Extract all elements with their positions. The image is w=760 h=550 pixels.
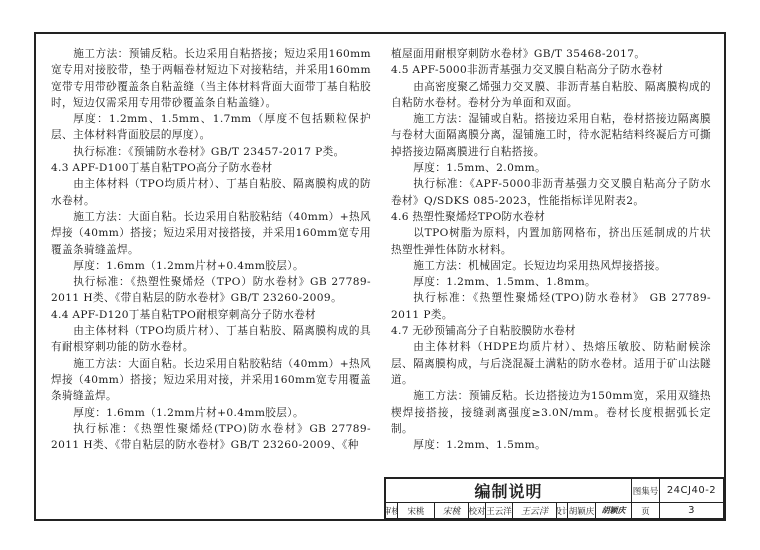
designer-signature: 胡颖庆 [596, 503, 632, 519]
checker-label: 校对 [469, 503, 486, 519]
paragraph: 由主体材料（HDPE均质片材）、热熔压敏胶、防粘耐候涂层、隔离膜构成，与后浇混凝… [391, 339, 711, 388]
paragraph: 施工方法：湿铺或自粘。搭接边采用自粘，卷材搭接边隔离膜与卷材大面隔离膜分离，湿铺… [391, 111, 711, 160]
reviewer-label: 审核 [386, 503, 398, 519]
paragraph: 执行标准：《热塑性聚烯烃(TPO)防水卷材》GB 27789-2011 H类、《… [51, 421, 371, 454]
reviewer-signature: 宋桃 [435, 503, 469, 519]
paragraph: 施工方法：大面自粘。长边采用自粘胶粘结（40mm）+热风焊接（40mm）搭接；短… [51, 209, 371, 258]
paragraph: 厚度：1.2mm、1.5mm、1.8mm。 [391, 274, 711, 290]
section-heading-4-5: 4.5 APF-5000非沥青基强力交叉膜自粘高分子防水卷材 [391, 62, 711, 78]
section-heading-4-4: 4.4 APF-D120丁基自粘TPO耐根穿刺高分子防水卷材 [51, 307, 371, 323]
paragraph: 执行标准：《APF-5000非沥青基强力交叉膜自粘高分子防水卷材》Q/SDKS … [391, 176, 711, 209]
paragraph: 施工方法：预铺反粘。长边搭接边为150mm宽，采用双缝热楔焊接搭接，接缝剥离强度… [391, 388, 711, 437]
left-text-column: 施工方法：预铺反粘。长边采用自粘搭接；短边采用160mm宽专用对接胶带，垫于两幅… [51, 46, 371, 453]
reviewer-name: 宋桃 [398, 503, 435, 519]
paragraph: 执行标准：《预铺防水卷材》GB/T 23457-2017 P类。 [51, 144, 371, 160]
paragraph: 施工方法：大面自粘。长边采用自粘胶粘结（40mm）+热风焊接（40mm）搭接；短… [51, 356, 371, 405]
checker-name: 王云洋 [486, 503, 513, 519]
paragraph: 由主体材料（TPO均质片材）、丁基自粘胶、隔离膜构成的具有耐根穿刺功能的防水卷材… [51, 323, 371, 356]
paragraph: 施工方法：预铺反粘。长边采用自粘搭接；短边采用160mm宽专用对接胶带，垫于两幅… [51, 46, 371, 111]
paragraph: 厚度：1.6mm（1.2mm片材+0.4mm胶层）。 [51, 405, 371, 421]
paragraph: 厚度：1.6mm（1.2mm片材+0.4mm胶层）。 [51, 258, 371, 274]
section-heading-4-6: 4.6 热塑性聚烯烃TPO防水卷材 [391, 209, 711, 225]
title-block: 编制说明 图集号 24CJ40-2 审核 宋桃 宋桃 校对 王云洋 王云洋 设计… [384, 477, 724, 519]
page-label: 页 [632, 503, 660, 519]
paragraph: 以TPO树脂为原料，内置加筋网格布，挤出压延制成的片状热塑性弹性体防水材料。 [391, 225, 711, 258]
section-heading-4-7: 4.7 无砂预铺高分子自粘胶膜防水卷材 [391, 323, 711, 339]
paragraph: 厚度：1.5mm、2.0mm。 [391, 160, 711, 176]
section-heading-4-3: 4.3 APF-D100丁基自粘TPO高分子防水卷材 [51, 160, 371, 176]
paragraph: 厚度：1.2mm、1.5mm。 [391, 437, 711, 453]
atlas-number-label: 图集号 [632, 479, 660, 503]
right-text-column: 植屋面用耐根穿刺防水卷材》GB/T 35468-2017。 4.5 APF-50… [391, 46, 711, 453]
checker-signature: 王云洋 [513, 503, 557, 519]
page-number: 3 [660, 503, 724, 519]
drawing-title: 编制说明 [386, 479, 632, 503]
paragraph: 由主体材料（TPO均质片材）、丁基自粘胶、隔离膜构成的防水卷材。 [51, 176, 371, 209]
paragraph: 执行标准：《热塑性聚烯烃（TPO）防水卷材》GB 27789-2011 H类、《… [51, 274, 371, 307]
atlas-number: 24CJ40-2 [660, 479, 724, 503]
paragraph: 植屋面用耐根穿刺防水卷材》GB/T 35468-2017。 [391, 46, 711, 62]
paragraph: 施工方法：机械固定。长短边均采用热风焊接搭接。 [391, 258, 711, 274]
paragraph: 执行标准：《热塑性聚烯烃(TPO)防水卷材》 GB 27789-2011 P类。 [391, 290, 711, 323]
paragraph: 由高密度聚乙烯强力交叉膜、非沥青基自粘胶、隔离膜构成的自粘防水卷材。卷材分为单面… [391, 79, 711, 112]
designer-name: 胡颖庆 [568, 503, 596, 519]
designer-label: 设计 [557, 503, 568, 519]
paragraph: 厚度：1.2mm、1.5mm、1.7mm（厚度不包括颗粒保护层、主体材料背面胶层… [51, 111, 371, 144]
